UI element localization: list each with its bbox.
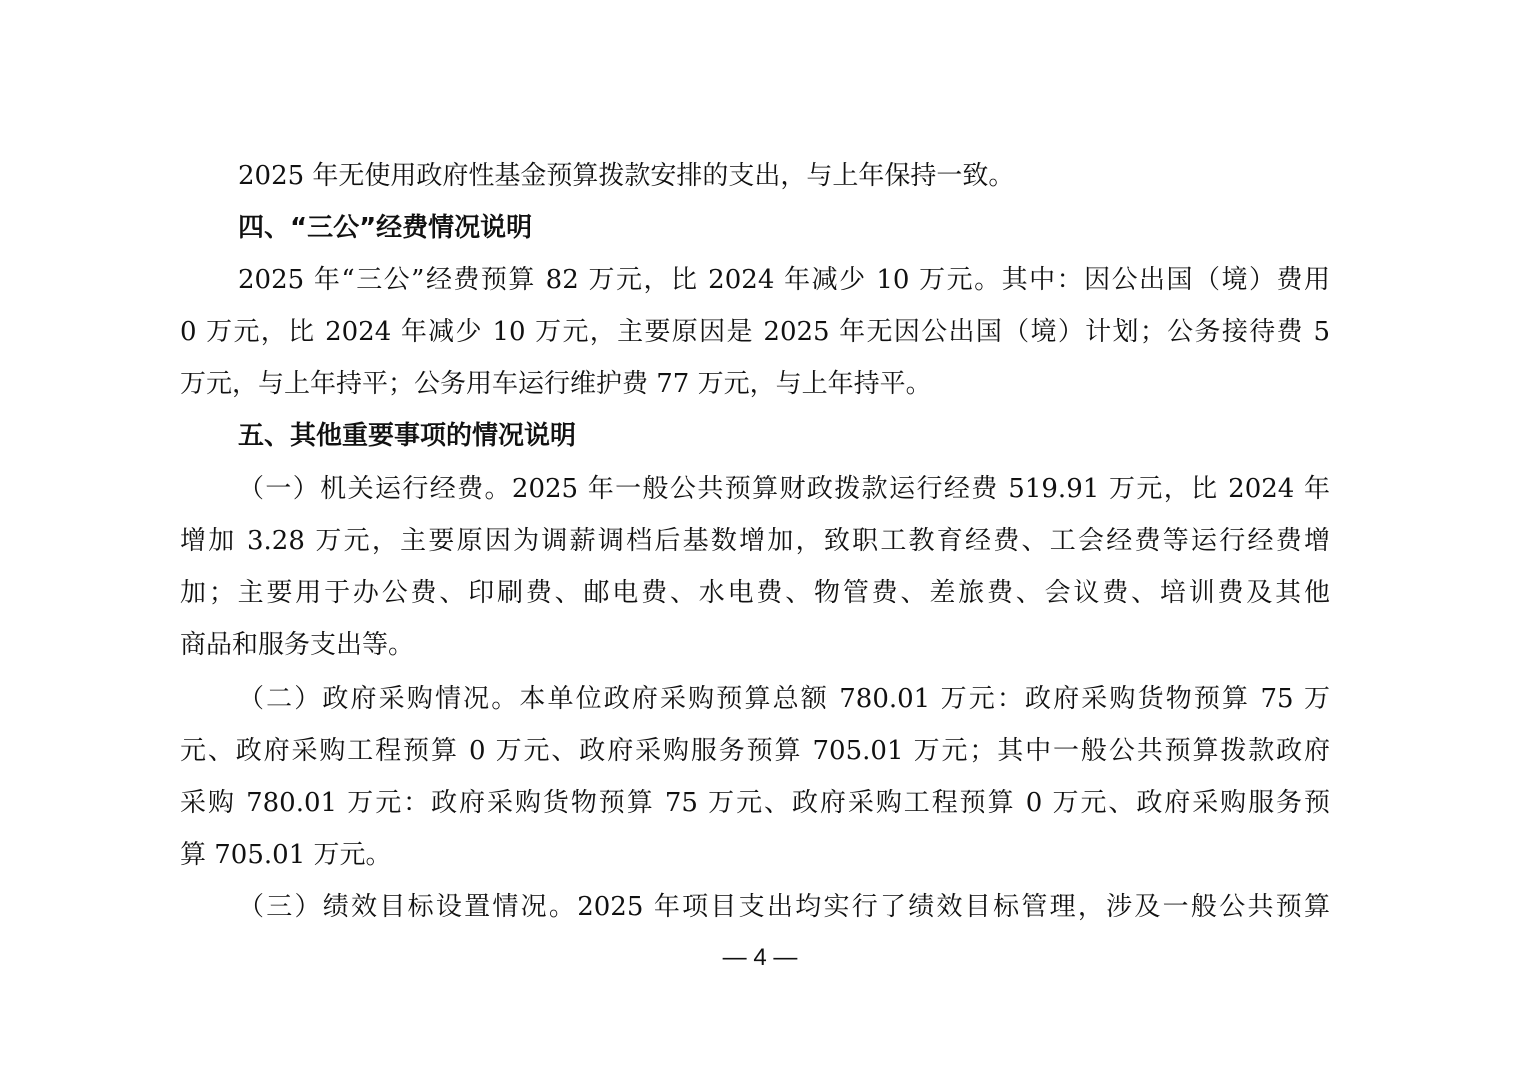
- paragraph-line: 元、政府采购工程预算 0 万元、政府采购服务预算 705.01 万元；其中一般公…: [180, 725, 1330, 777]
- paragraph-line: 加；主要用于办公费、印刷费、邮电费、水电费、物管费、差旅费、会议费、培训费及其他: [180, 567, 1330, 619]
- paragraph-line: 万元，与上年持平；公务用车运行维护费 77 万元，与上年持平。: [180, 358, 1330, 410]
- paragraph-line: （一）机关运行经费。2025 年一般公共预算财政拨款运行经费 519.91 万元…: [238, 463, 1330, 515]
- paragraph-line: 2025 年无使用政府性基金预算拨款安排的支出，与上年保持一致。: [238, 150, 1330, 202]
- paragraph-line: （三）绩效目标设置情况。2025 年项目支出均实行了绩效目标管理，涉及一般公共预…: [238, 881, 1330, 933]
- section-heading-four: 四、“三公”经费情况说明: [238, 202, 1330, 254]
- paragraph-line: 商品和服务支出等。: [180, 619, 1330, 671]
- paragraph-line: 算 705.01 万元。: [180, 829, 1330, 881]
- paragraph-line: 0 万元，比 2024 年减少 10 万元，主要原因是 2025 年无因公出国（…: [180, 306, 1330, 358]
- paragraph-line: 2025 年“三公”经费预算 82 万元，比 2024 年减少 10 万元。其中…: [238, 254, 1330, 306]
- page-number: — 4 —: [0, 934, 1520, 982]
- paragraph-line: 采购 780.01 万元：政府采购货物预算 75 万元、政府采购工程预算 0 万…: [180, 777, 1330, 829]
- document-page: 2025 年无使用政府性基金预算拨款安排的支出，与上年保持一致。 四、“三公”经…: [0, 0, 1520, 1074]
- paragraph-line: 增加 3.28 万元，主要原因为调薪调档后基数增加，致职工教育经费、工会经费等运…: [180, 515, 1330, 567]
- paragraph-line: （二）政府采购情况。本单位政府采购预算总额 780.01 万元：政府采购货物预算…: [238, 673, 1330, 725]
- section-heading-five: 五、其他重要事项的情况说明: [238, 410, 1330, 462]
